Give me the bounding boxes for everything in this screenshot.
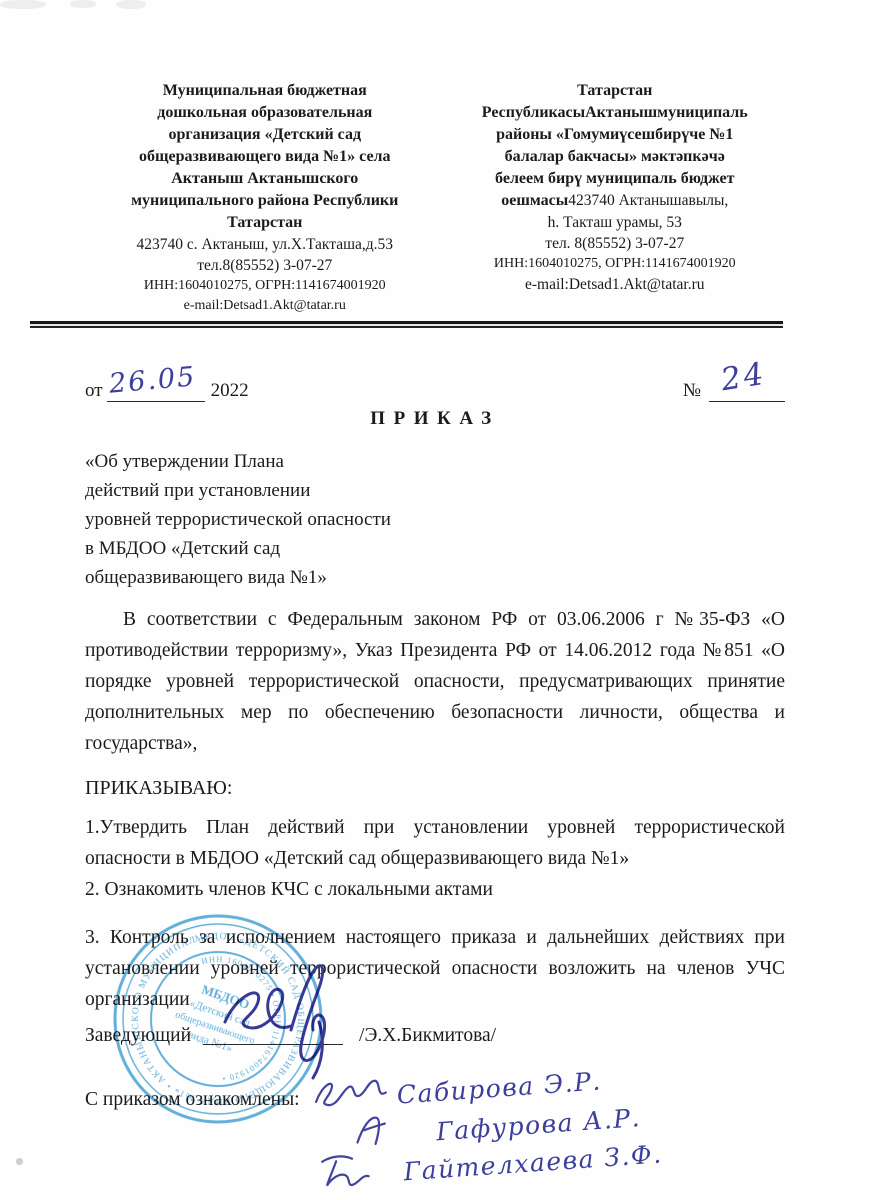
letterhead-divider bbox=[30, 321, 783, 328]
org-inn-ogrn: ИНН:1604010275, ОГРН:1141674001920 bbox=[85, 276, 445, 296]
scan-smudge bbox=[116, 0, 146, 9]
org-name-line-tatar: районы «Гомумиүсешбирүче №1 bbox=[445, 124, 785, 146]
org-phone: тел.8(85552) 3-07-27 bbox=[85, 255, 445, 276]
letterhead-tatar-column: Татарстан РеспубликасыАктанышмуниципаль … bbox=[445, 80, 785, 316]
org-name-line: Татарстан bbox=[85, 212, 445, 234]
org-email: e-mail:Detsad1.Akt@tatar.ru bbox=[85, 296, 445, 316]
signer-name: /Э.Х.Бикмитова/ bbox=[359, 1025, 496, 1047]
org-name-line: общеразвивающего вида №1» села bbox=[85, 146, 445, 168]
acknowledgment-names: Сабирова Э.Р. Гафурова А.Р. Гайтелхаева … bbox=[310, 1063, 663, 1189]
order-date: от26.052022 bbox=[85, 380, 249, 402]
org-name-line-tatar: белеем бирү муниципаль бюджет bbox=[445, 168, 785, 190]
signature-scribble bbox=[311, 1110, 436, 1150]
subject-line: действий при установлении bbox=[85, 476, 785, 505]
acknowledger-name: Сабирова Э.Р. bbox=[396, 1066, 603, 1109]
org-name-line-tatar: Татарстан bbox=[445, 80, 785, 102]
signature-scribble bbox=[312, 1147, 403, 1190]
order-word: ПРИКАЗЫВАЮ: bbox=[85, 775, 785, 801]
order-meta-row: от26.052022 №24 bbox=[85, 380, 785, 402]
org-address-fragment: 423740 Актанышавылы, bbox=[568, 192, 728, 209]
handwritten-date: 26.05 bbox=[107, 361, 197, 399]
handwritten-number: 24 bbox=[718, 356, 769, 399]
org-name-line: Актаныш Актанышского bbox=[85, 168, 445, 190]
org-name-line-tatar: РеспубликасыАктанышмуниципаль bbox=[445, 102, 785, 124]
org-name-fragment: оешмасы bbox=[501, 192, 568, 209]
number-blank-line: 24 bbox=[709, 381, 785, 402]
order-item-2: 2. Ознакомить членов КЧС с локальными ак… bbox=[85, 874, 785, 905]
org-name-line-tatar: балалар бакчасы» мәктәпкәчә bbox=[445, 146, 785, 168]
order-number: №24 bbox=[683, 380, 785, 402]
org-address: 423740 с. Актаныш, ул.Х.Такташа,д.53 bbox=[85, 234, 445, 255]
org-address-tatar: оешмасы423740 Актанышавылы, bbox=[445, 190, 785, 212]
org-name-line: организация «Детский сад bbox=[85, 124, 445, 146]
scan-smudge bbox=[16, 1158, 23, 1165]
org-street-tatar: һ. Такташ урамы, 53 bbox=[445, 212, 785, 233]
subject-line: в МБДОО «Детский сад bbox=[85, 534, 785, 563]
date-year: 2022 bbox=[211, 380, 249, 402]
org-name-line: Муниципальная бюджетная bbox=[85, 80, 445, 102]
acknowledger-name: Гафурова А.Р. bbox=[435, 1103, 642, 1146]
date-prefix: от bbox=[85, 380, 103, 402]
subject-line: общеразвивающего вида №1» bbox=[85, 563, 785, 592]
number-sign: № bbox=[683, 380, 701, 402]
scan-smudge bbox=[0, 0, 46, 9]
scan-smudge bbox=[70, 0, 96, 8]
order-preamble: В соответствии с Федеральным законом РФ … bbox=[85, 604, 785, 759]
org-inn-ogrn-tatar: ИНН:1604010275, ОГРН:1141674001920 bbox=[445, 254, 785, 274]
document-page: Муниципальная бюджетная дошкольная образ… bbox=[0, 0, 873, 1200]
letterhead: Муниципальная бюджетная дошкольная образ… bbox=[85, 80, 785, 316]
letterhead-russian-column: Муниципальная бюджетная дошкольная образ… bbox=[85, 80, 445, 316]
org-email-tatar: e-mail:Detsad1.Akt@tatar.ru bbox=[445, 274, 785, 295]
order-item-1: 1.Утвердить План действий при установлен… bbox=[85, 812, 785, 874]
order-subject: «Об утверждении Плана действий при устан… bbox=[85, 447, 785, 592]
subject-line: «Об утверждении Плана bbox=[85, 447, 785, 476]
date-blank-line: 26.05 bbox=[107, 381, 205, 402]
org-name-line: муниципального района Республики bbox=[85, 190, 445, 212]
subject-line: уровней террористической опасности bbox=[85, 505, 785, 534]
org-name-line: дошкольная образовательная bbox=[85, 102, 445, 124]
org-phone-tatar: тел. 8(85552) 3-07-27 bbox=[445, 233, 785, 254]
document-title: ПРИКАЗ bbox=[85, 408, 785, 430]
